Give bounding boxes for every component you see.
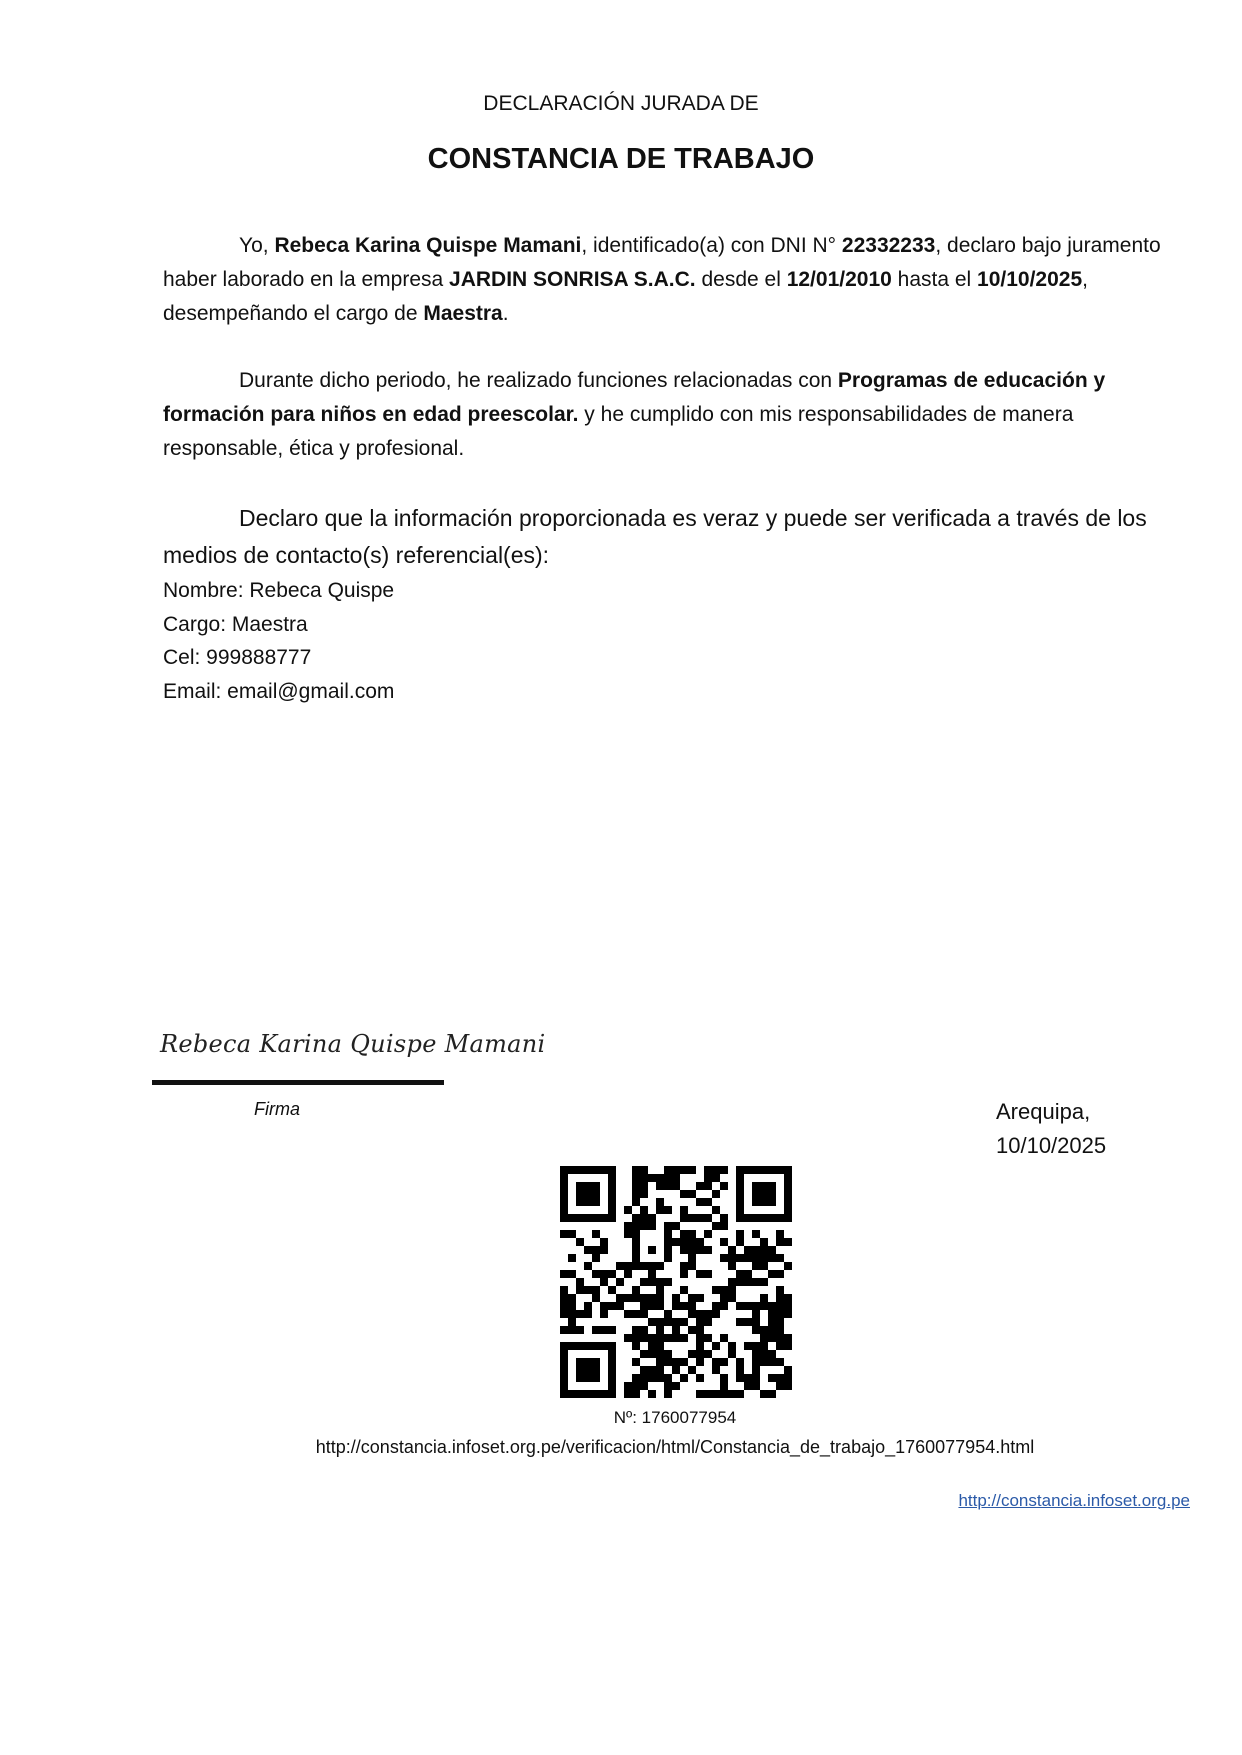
declaration-paragraph: Yo, Rebeca Karina Quispe Mamani, identif…: [163, 229, 1193, 331]
dni-number: 22332233: [842, 234, 935, 257]
document-title: CONSTANCIA DE TRABAJO: [0, 143, 1242, 176]
text: , identificado(a) con DNI N°: [581, 234, 842, 257]
position: Maestra: [423, 302, 502, 325]
verification-number: Nº: 1760077954: [0, 1408, 1242, 1428]
functions-paragraph: Durante dicho periodo, he realizado func…: [163, 364, 1193, 466]
company-name: JARDIN SONRISA S.A.C.: [449, 268, 696, 291]
contact-list: Nombre: Rebeca Quispe Cargo: Maestra Cel…: [163, 574, 394, 708]
issue-date: 10/10/2025: [996, 1129, 1106, 1163]
qr-code-icon: [560, 1166, 792, 1398]
contact-position: Cargo: Maestra: [163, 608, 394, 642]
verification-paragraph: Declaro que la información proporcionada…: [163, 500, 1193, 574]
text: Declaro que la información proporcionada…: [163, 505, 1147, 568]
text: Yo,: [239, 234, 274, 257]
contact-name: Nombre: Rebeca Quispe: [163, 574, 394, 608]
text: hasta el: [892, 268, 977, 291]
place-date: Arequipa, 10/10/2025: [996, 1095, 1106, 1163]
verification-url: http://constancia.infoset.org.pe/verific…: [0, 1437, 1242, 1458]
signature-label: Firma: [254, 1099, 300, 1120]
document-pre-title: DECLARACIÓN JURADA DE: [0, 92, 1242, 116]
text: .: [503, 302, 509, 325]
end-date: 10/10/2025: [977, 268, 1082, 291]
contact-email: Email: email@gmail.com: [163, 675, 394, 709]
website-link[interactable]: http://constancia.infoset.org.pe: [958, 1491, 1190, 1511]
city: Arequipa,: [996, 1095, 1106, 1129]
start-date: 12/01/2010: [787, 268, 892, 291]
contact-phone: Cel: 999888777: [163, 641, 394, 675]
signature-line: [152, 1080, 444, 1085]
text: desde el: [696, 268, 787, 291]
employee-name: Rebeca Karina Quispe Mamani: [274, 234, 581, 257]
text: Durante dicho periodo, he realizado func…: [239, 369, 838, 392]
signature-name: Rebeca Karina Quispe Mamani: [160, 1030, 546, 1058]
